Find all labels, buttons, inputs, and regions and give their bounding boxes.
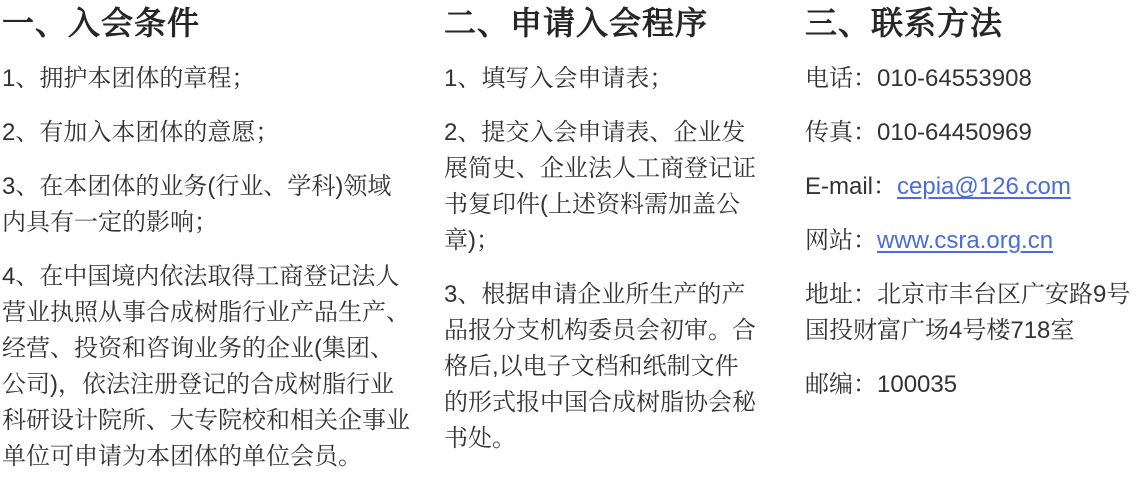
zipcode-value: 100035 — [877, 371, 957, 398]
contact-row-address: 地址：北京市丰台区广安路9号国投财富广场4号楼718室 — [805, 277, 1135, 349]
procedure-step-1: 1、填写入会申请表； — [444, 61, 762, 97]
contact-row-email: E-mail：cepia@126.com — [805, 169, 1135, 205]
join-condition-item-2: 2、有加入本团体的意愿； — [2, 115, 414, 151]
section-join-conditions: 一、入会条件 1、拥护本团体的章程； 2、有加入本团体的意愿； 3、在本团体的业… — [2, 3, 414, 475]
phone-value: 010-64553908 — [877, 65, 1032, 92]
contact-row-phone: 电话：010-64553908 — [805, 61, 1135, 97]
contact-info-heading: 三、联系方法 — [805, 3, 1135, 43]
application-procedure-heading: 二、申请入会程序 — [444, 3, 762, 43]
phone-label: 电话： — [805, 65, 877, 92]
procedure-step-3: 3、根据申请企业所生产的产品报分支机构委员会初审。合格后,以电子文档和纸制文件的… — [444, 277, 762, 457]
join-condition-item-1: 1、拥护本团体的章程； — [2, 61, 414, 97]
fax-value: 010-64450969 — [877, 119, 1032, 146]
membership-info-panel: 一、入会条件 1、拥护本团体的章程； 2、有加入本团体的意愿； 3、在本团体的业… — [0, 0, 1140, 475]
procedure-step-2: 2、提交入会申请表、企业发展简史、企业法人工商登记证书复印件(上述资料需加盖公章… — [444, 115, 762, 259]
section-contact-info: 三、联系方法 电话：010-64553908 传真：010-64450969 E… — [805, 3, 1135, 403]
section-application-procedure: 二、申请入会程序 1、填写入会申请表； 2、提交入会申请表、企业发展简史、企业法… — [444, 3, 762, 457]
email-label: E-mail： — [805, 173, 897, 200]
join-conditions-heading: 一、入会条件 — [2, 3, 414, 43]
email-link[interactable]: cepia@126.com — [897, 173, 1071, 200]
contact-row-fax: 传真：010-64450969 — [805, 115, 1135, 151]
join-condition-item-4: 4、在中国境内依法取得工商登记法人营业执照从事合成树脂行业产品生产、经营、投资和… — [2, 259, 414, 475]
address-label: 地址： — [805, 281, 877, 308]
contact-row-zipcode: 邮编：100035 — [805, 367, 1135, 403]
fax-label: 传真： — [805, 119, 877, 146]
contact-row-website: 网站：www.csra.org.cn — [805, 223, 1135, 259]
join-condition-item-3: 3、在本团体的业务(行业、学科)领域内具有一定的影响； — [2, 169, 414, 241]
website-label: 网站： — [805, 227, 877, 254]
website-link[interactable]: www.csra.org.cn — [877, 227, 1053, 254]
zipcode-label: 邮编： — [805, 371, 877, 398]
